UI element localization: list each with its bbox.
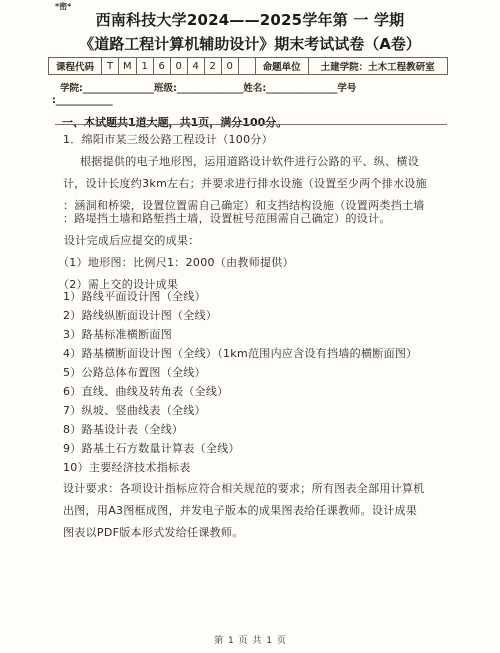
deliverable-item: 5）公路总体布置图（全线）: [63, 364, 206, 380]
requirements-line: 出图，用A3图框成图，并发电子版本的成果图表给任课教师。设计成果: [63, 502, 417, 518]
course-code-char: 1: [136, 58, 153, 75]
course-code-char: 2: [204, 58, 221, 75]
issuing-unit-value: 土建学院：土木工程教研室: [308, 58, 447, 75]
course-info-table: 课程代码 T M 1 6 0 4 2 0 命题单位 土建学院：土木工程教研室: [48, 57, 448, 75]
course-code-char: 4: [187, 58, 204, 75]
requirements-line: 设计要求：各项设计指标应符合相关规范的要求；所有图表全部用计算机: [63, 480, 425, 496]
deliverable-item: 1）路线平面设计图（全线）: [63, 288, 206, 304]
issuing-unit-label: 命题单位: [255, 58, 308, 75]
paragraph-line: ：路堤挡土墙和路堑挡土墙，设置桩号范围需自己确定）的设计。: [63, 210, 391, 226]
deliverable-item: 10）主要经济技术指标表: [63, 459, 191, 475]
course-code-char: 6: [153, 58, 170, 75]
course-code-char: 0: [170, 58, 187, 75]
deliverables-intro: 设计完成后应提交的成果：: [64, 232, 200, 248]
question-title: 1．绵阳市某三级公路工程设计（100分）: [63, 131, 273, 147]
deliverable-item: 7）纵坡、竖曲线表（全线）: [63, 402, 206, 418]
page-number: 第 1 页 共 1 页: [0, 633, 500, 646]
deliverable-item: 8）路基设计表（全线）: [63, 421, 183, 437]
paragraph-line: 计，设计长度约3km左右；并要求进行排水设施（设置至少两个排水设施: [63, 175, 427, 191]
deliverable-item: 4）路基横断面设计图（全线）（1km范围内应含设有挡墙的横断面图）: [63, 345, 417, 361]
deliverable-item: 3）路基标准横断面图: [63, 326, 172, 342]
course-code-char: T: [102, 58, 119, 75]
course-code-char: 0: [221, 58, 238, 75]
exam-title-course: 《道路工程计算机辅助设计》期末考试试卷（A卷）: [0, 33, 500, 54]
course-code-char: [238, 58, 255, 75]
student-info-line: 学院:_______________班级:______________姓名:__…: [60, 80, 356, 94]
requirements-line: 图表以PDF版本形式发给任课教师。: [63, 524, 244, 540]
exam-title-semester: 西南科技大学2024——2025学年第 一 学期: [0, 9, 500, 30]
paragraph-line: 根据提供的电子地形图，运用道路设计软件进行公路的平、纵、横设: [80, 153, 419, 169]
deliverable-item: 6）直线、曲线及转角表（全线）: [63, 383, 229, 399]
section-divider: [55, 124, 447, 125]
deliverable-item: 9）路基土石方数量计算表（全线）: [63, 440, 240, 456]
course-code-char: M: [119, 58, 137, 75]
exam-page: *密* 西南科技大学2024——2025学年第 一 学期 《道路工程计算机辅助设…: [0, 0, 500, 653]
deliverable-part-1: （1）地形图：比例尺1：2000（由教师提供）: [58, 254, 294, 270]
course-code-label: 课程代码: [49, 58, 102, 75]
section-heading: 一、本试题共1道大题，共1页，满分100分。: [62, 114, 287, 130]
student-id-blank: :____________: [52, 95, 113, 106]
deliverable-item: 2）路线纵断面设计图（全线）: [63, 307, 217, 323]
